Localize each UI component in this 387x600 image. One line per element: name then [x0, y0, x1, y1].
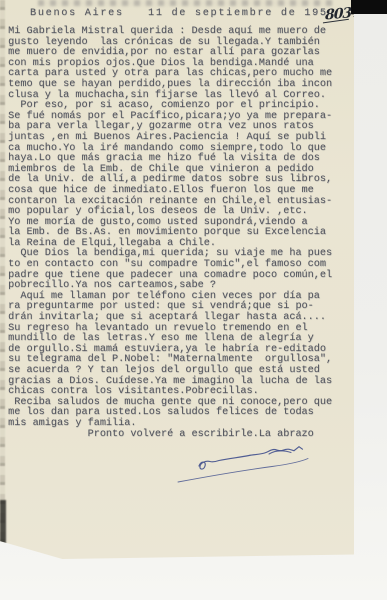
scan-edge-dark-mark: [0, 500, 6, 545]
letter-date: 11 de septiembre de 195: [148, 8, 328, 19]
signature-ink: [172, 444, 320, 492]
scan-artifact-top-smudge: [38, 0, 333, 6]
letter-body: Mi Gabriela Mistral querida : Desde aquí…: [2, 27, 332, 440]
letter-header: Buenos Aires 11 de septiembre de 195 803…: [0, 8, 354, 24]
scanned-letter: Buenos Aires 11 de septiembre de 195 803…: [0, 0, 387, 600]
letter-place: Buenos Aires: [30, 8, 124, 19]
letter-paper: Buenos Aires 11 de septiembre de 195 803…: [0, 0, 354, 559]
scan-corner-black: [351, 0, 387, 14]
